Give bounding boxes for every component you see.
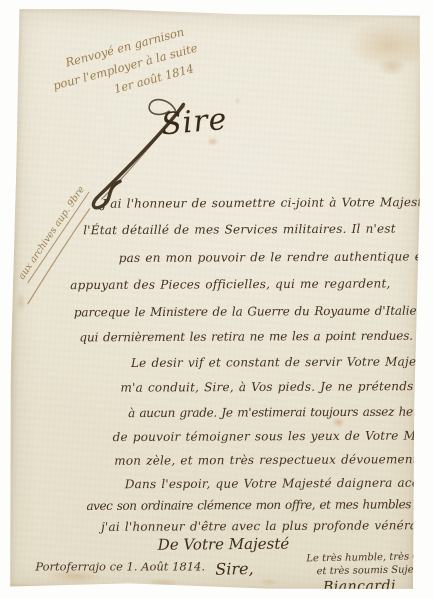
foxing-spot	[233, 97, 241, 104]
body-line: J'ai l'honneur de soumettre ci-joint à V…	[102, 195, 430, 211]
foxing-spot	[259, 578, 279, 586]
body-line: avec son ordinaire clémence mon offre, e…	[86, 497, 434, 513]
body-line: Le desir vif et constant de servir Votre…	[131, 354, 434, 370]
body-line: de pouvoir témoigner sous les yeux de Vo…	[113, 428, 434, 444]
body-line: qui dernièrement les retira ne me les a …	[79, 329, 413, 345]
closing-address: Sire,	[215, 559, 254, 579]
body-line: parceque le Ministere de la Guerre du Ro…	[74, 304, 417, 320]
valediction-line: Le très humble, très Obéissant	[306, 550, 434, 566]
valediction-line: et très soumis Sujet	[316, 563, 434, 579]
foxing-spot	[16, 292, 26, 314]
paper: Renvoyé en garnison pour l'employer à la…	[7, 8, 423, 594]
stain	[346, 19, 433, 70]
body-line: m'a conduit, Sire, à Vos pieds. Je ne pr…	[120, 379, 413, 395]
signature-flourish-icon	[315, 591, 411, 599]
signature: Biancardi	[323, 578, 396, 595]
docket-note: Renvoyé en garnison pour l'employer à la…	[42, 20, 204, 115]
foxing-spot	[147, 578, 179, 588]
closing-from: De Votre Majesté	[158, 535, 290, 554]
salutation: Sire	[160, 102, 229, 143]
valediction: Le très humble, très Obéissant et très s…	[306, 550, 434, 579]
body-line: mon zèle, et mon très respectueux dévoue…	[114, 452, 422, 468]
margin-note: aux archives aup. 9bre	[16, 184, 89, 283]
body-line: appuyant des Pieces officielles, qui me …	[70, 276, 390, 292]
place-date-line: Portoferrajo ce 1. Août 1814.	[35, 559, 205, 573]
stain	[378, 58, 406, 76]
body-line: l'État détaillé de mes Services militair…	[83, 222, 396, 238]
letter-photo: Renvoyé en garnison pour l'employer à la…	[0, 0, 434, 599]
body-line: Dans l'espoir, que Votre Majesté daigner…	[125, 475, 434, 491]
body-line: pas en mon pouvoir de le rendre authenti…	[119, 249, 434, 265]
body-line: j'ai l'honneur d'être avec la plus profo…	[101, 518, 434, 534]
body-line: à aucun grade. Je m'estimerai toujours a…	[128, 404, 434, 420]
